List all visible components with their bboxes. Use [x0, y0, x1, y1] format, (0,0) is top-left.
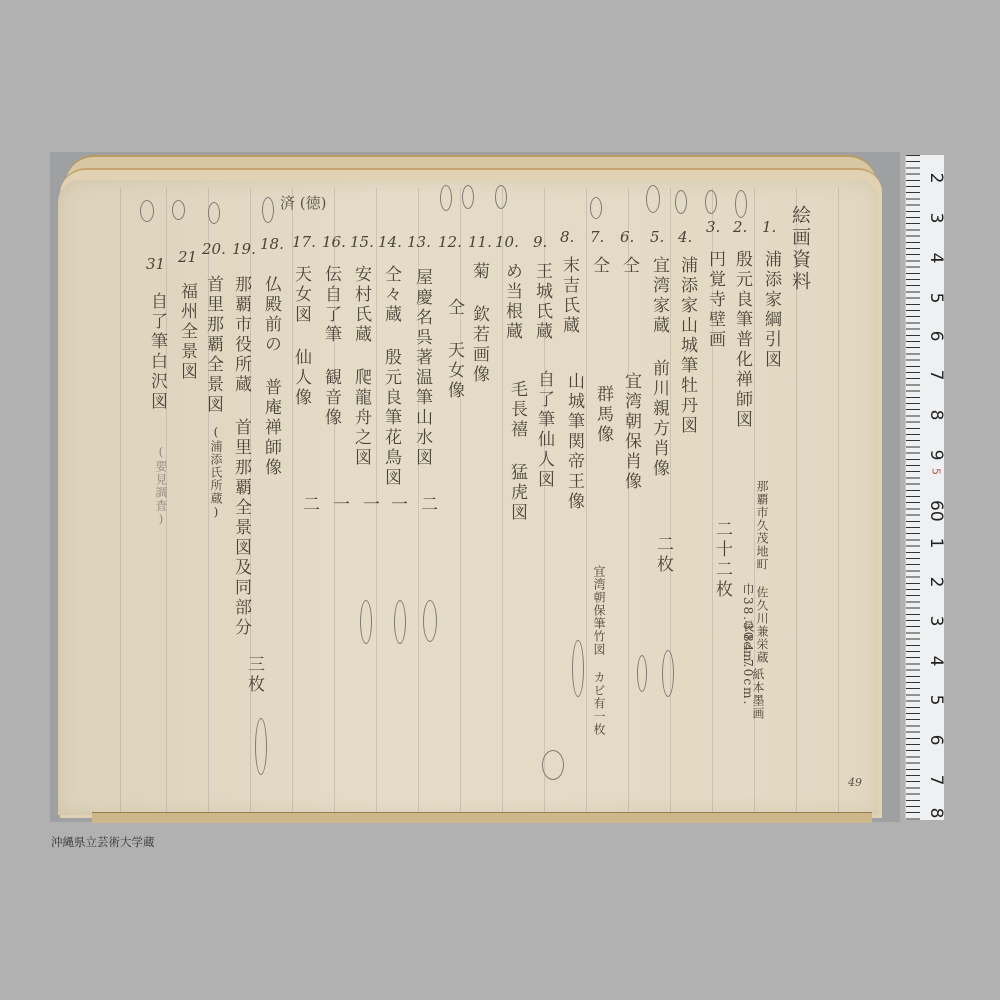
entry-text: 浦添家綱引図 [762, 250, 779, 370]
entry-note: 毛長禧 猛虎図 [508, 380, 525, 523]
ruler-tick-label: 7 [926, 770, 946, 790]
ruled-line [586, 188, 587, 815]
ruler-red-label: 5 [930, 462, 943, 482]
ruled-line [838, 188, 839, 815]
ruler-tick-label: 3 [926, 208, 946, 228]
ruled-line [670, 188, 671, 815]
pencil-mark [423, 600, 437, 642]
ruler-tick-label: 6 [926, 326, 946, 346]
entry-text: 殷元良筆普化禅師図 [733, 250, 750, 430]
entry-medium: 紙本墨画 [752, 668, 764, 720]
pencil-mark [637, 655, 647, 692]
ruler-tick-label: 4 [926, 651, 946, 671]
entry-count: 二 [300, 495, 317, 515]
notebook-title: 絵画資料 [790, 205, 809, 293]
entry-note: (浦添氏所蔵) [210, 425, 222, 520]
entry-number: 19. [232, 240, 256, 258]
pencil-mark [495, 185, 507, 209]
pencil-mark [542, 750, 564, 780]
entry-text: 伝自了筆 観音像 [322, 265, 339, 428]
collection-caption: 沖縄県立芸術大学蔵 [51, 834, 155, 850]
entry-number: 9. [533, 233, 547, 251]
entry-text: 菊 欽若画像 [470, 262, 487, 385]
entry-number: 11. [468, 233, 492, 251]
pencil-mark [462, 185, 474, 209]
pencil-mark [140, 200, 154, 222]
entry-text: 仝々蔵 殷元良筆花鳥図 [382, 265, 399, 488]
entry-number: 4. [678, 228, 692, 246]
pencil-mark [590, 197, 602, 219]
entry-number: 7. [590, 228, 604, 246]
entry-text: 末吉氏蔵 [560, 256, 577, 336]
page-edge [92, 812, 872, 823]
entry-text: 王城氏蔵 [533, 262, 550, 342]
entry-number: 16. [322, 233, 346, 251]
entry-number: 3. [706, 218, 720, 236]
entry-text: 安村氏蔵 爬龍舟之図 [352, 265, 369, 468]
entry-number: 21 [178, 248, 197, 266]
page-number: 49 [848, 776, 862, 789]
pencil-mark [646, 185, 660, 213]
entry-text: 那覇市役所蔵 首里那覇全景図及同部分 [232, 275, 249, 645]
entry-text: 天女図 仙人像 [292, 265, 309, 408]
pencil-mark [262, 197, 274, 223]
entry-number: 2. [733, 218, 747, 236]
entry-text: 仝 [620, 256, 637, 276]
top-annotation: 済 (徳) [280, 192, 326, 213]
pencil-mark [394, 600, 406, 644]
entry-count: 二十二枚 [713, 520, 730, 600]
entry-note: 宜湾朝保肖像 [622, 372, 639, 492]
entry-note: (要見調査) [155, 445, 167, 527]
entry-text: 宜湾家蔵 前川親方肖像 [650, 256, 667, 496]
pencil-mark [572, 640, 584, 697]
entry-count: 二 [418, 495, 435, 515]
ruled-line [628, 188, 629, 815]
ruler-tick-label: 2 [926, 168, 946, 188]
ruled-line [460, 188, 461, 815]
entry-number: 5. [650, 228, 664, 246]
entry-count: 一 [360, 495, 377, 515]
pencil-mark [208, 202, 220, 224]
entry-count: 一 [388, 495, 405, 515]
ruler-tick-label: 4 [926, 248, 946, 268]
entry-text: め当根蔵 [503, 262, 520, 342]
ruler-tick-label: 6 [926, 730, 946, 750]
ruler-tick-label: 1 [926, 533, 946, 553]
ruler-tick-label: 8 [926, 803, 946, 823]
pencil-mark [172, 200, 185, 220]
entry-number: 17. [292, 233, 316, 251]
entry-number: 8. [560, 228, 574, 246]
entry-text: 仝 [590, 256, 607, 276]
entry-number: 14. [378, 233, 402, 251]
entry-text: 浦添家山城筆牡丹図 [678, 256, 695, 436]
entry-text: 屋慶名呉著温筆山水図 [413, 268, 430, 468]
ruler-tick-label: 5 [926, 690, 946, 710]
entry-extra: 宜湾朝保筆竹図 カビ有一枚 [593, 565, 605, 736]
entry-note: 群馬像 [594, 385, 611, 445]
entry-number: 18. [260, 235, 284, 253]
ruler-tick-label: 5 [926, 288, 946, 308]
entry-number: 12. [438, 233, 462, 251]
entry-text: 福州全景図 [178, 282, 195, 382]
pencil-mark [735, 190, 747, 218]
measuring-ruler: 2 3 4 5 6 7 8 9 5 60 1 2 3 4 5 6 7 8 [905, 155, 944, 820]
pencil-mark [705, 190, 717, 214]
entry-number: 20. [202, 240, 226, 258]
entry-count: 二枚 [654, 535, 671, 575]
entry-note: 山城筆関帝王像 [565, 372, 582, 512]
pencil-mark [675, 190, 687, 214]
ruler-tick-label: 8 [926, 405, 946, 425]
entry-note: 那覇市久茂地町 佐久川兼栄蔵 [756, 480, 768, 664]
pencil-mark [360, 600, 372, 644]
entry-number: 13. [407, 233, 431, 251]
entry-number: 15. [350, 233, 374, 251]
entry-count: 三枚 [245, 655, 262, 695]
ruler-tick-label: 3 [926, 611, 946, 631]
pencil-mark [255, 718, 267, 775]
entry-count: 一 [330, 495, 347, 515]
entry-text: 円覚寺壁画 [706, 250, 723, 350]
entry-note: 自了筆仙人図 [535, 370, 552, 490]
entry-text: 首里那覇全景図 [204, 275, 221, 415]
pencil-mark [440, 185, 452, 211]
entry-text: 仏殿前の 普庵禅師像 [262, 275, 279, 478]
entry-text: 自了筆白沢図 [148, 292, 165, 412]
entry-number: 1. [762, 218, 776, 236]
pencil-mark [662, 650, 674, 697]
entry-number: 10. [495, 233, 519, 251]
entry-number: 31 [146, 255, 165, 273]
ruler-tick-label: 7 [926, 365, 946, 385]
ruler-tick-label: 2 [926, 572, 946, 592]
ruled-line [120, 188, 121, 815]
entry-text: 仝 天女像 [445, 298, 462, 401]
entry-number: 6. [620, 228, 634, 246]
ruler-tick-label: 60 [926, 500, 946, 520]
